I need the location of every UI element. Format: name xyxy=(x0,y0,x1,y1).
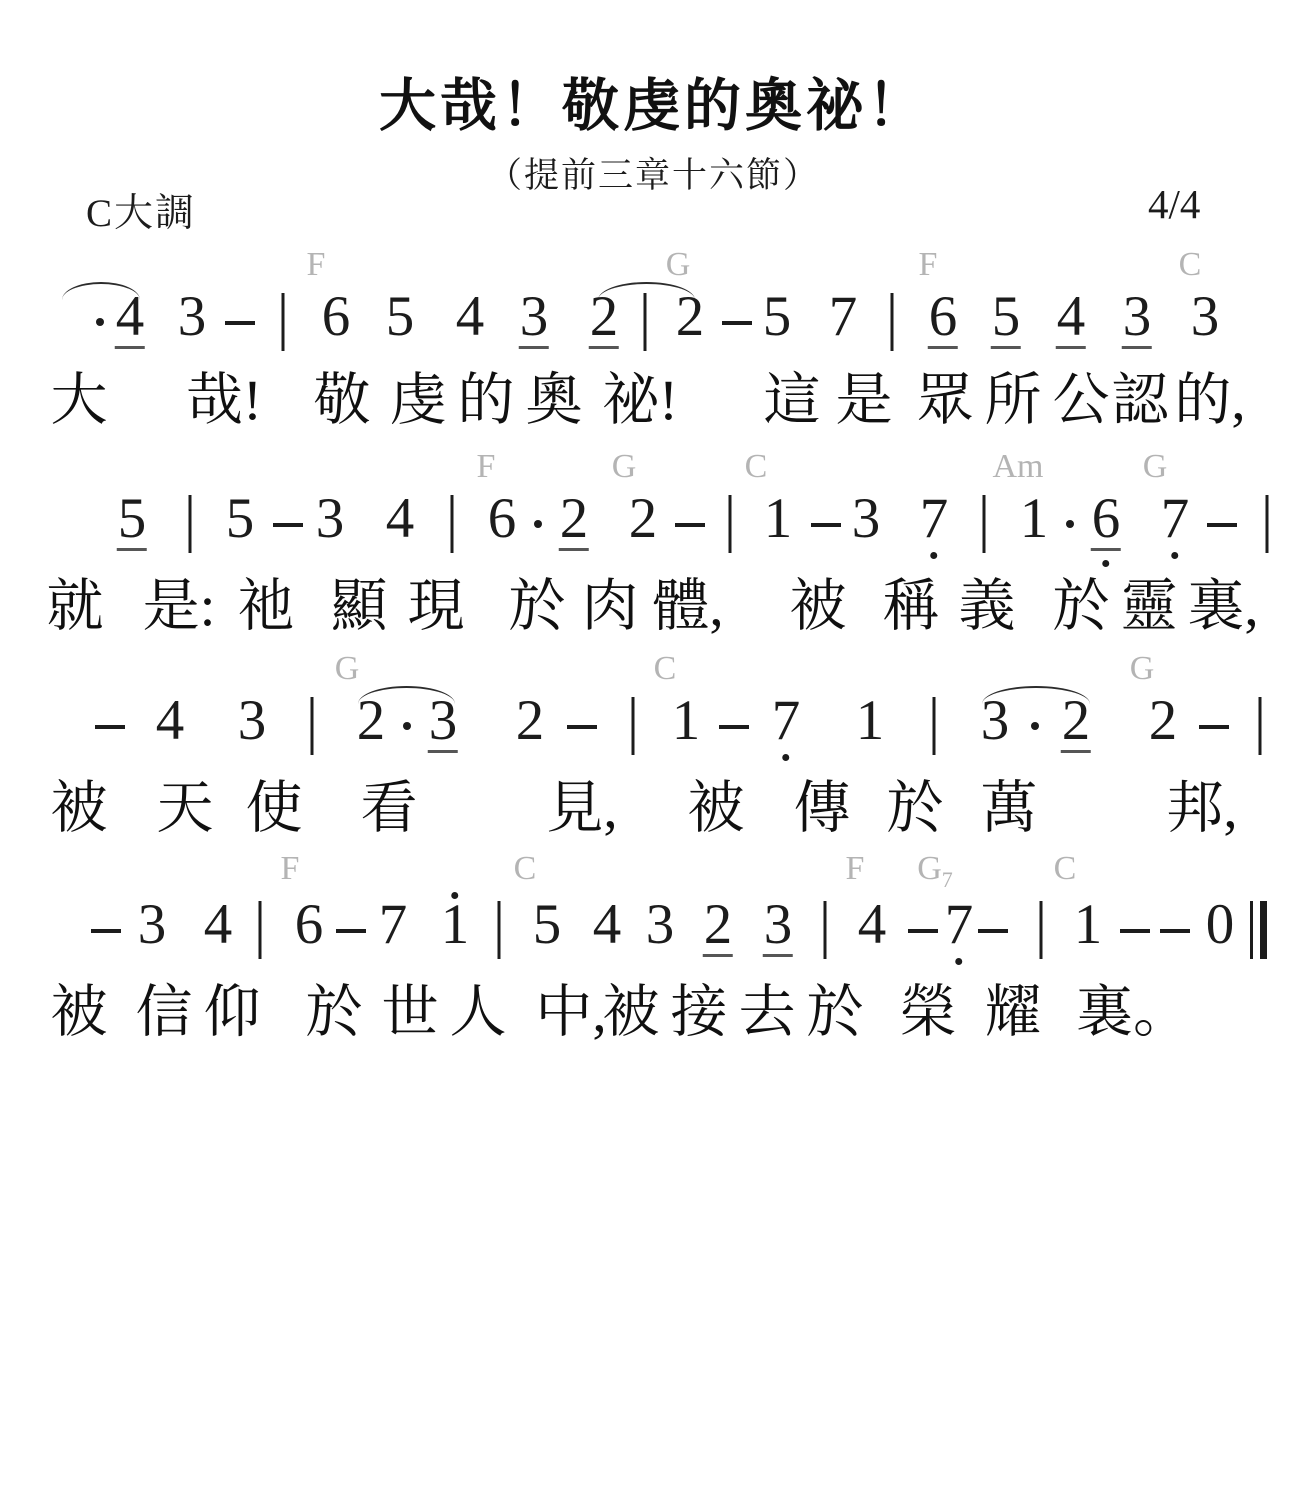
lyric-char: 人 xyxy=(450,984,507,1041)
duration-dot xyxy=(534,520,542,528)
lyric-char: 所 xyxy=(985,372,1042,429)
beam-underline xyxy=(1122,346,1152,349)
lyric-char: 信 xyxy=(136,984,193,1041)
note-digit: 6 xyxy=(488,490,517,547)
lyric-char: 邦, xyxy=(1166,780,1237,837)
duration-dash xyxy=(567,725,597,729)
beam-underline xyxy=(115,346,145,349)
sheet-page: 大哉！敬虔的奧祕！ （提前三章十六節） C大調 4/4 FGFC43654322… xyxy=(0,0,1307,1492)
chord-label: C xyxy=(654,652,677,686)
lyric-char: 榮 xyxy=(900,984,957,1041)
beam-underline xyxy=(991,346,1021,349)
lyric-char: 見, xyxy=(546,780,617,837)
note-digit: 1 xyxy=(1020,490,1049,547)
note-digit: 3 xyxy=(178,288,207,345)
barline xyxy=(824,901,827,959)
beam-underline xyxy=(1056,346,1086,349)
note-digit: 3 xyxy=(238,692,267,749)
barline xyxy=(1259,697,1262,755)
note-digit: 4 xyxy=(156,692,185,749)
lyric-char: 於 xyxy=(887,780,944,837)
lyric-char: 傳 xyxy=(794,780,851,837)
lyric-char: 耀 xyxy=(985,984,1042,1041)
note-digit: 6 xyxy=(1092,490,1121,547)
lyric-char: 看 xyxy=(361,780,418,837)
note-digit: 5 xyxy=(226,490,255,547)
lyric-char: 義 xyxy=(959,578,1016,635)
duration-dash xyxy=(1199,725,1229,729)
beam-underline xyxy=(519,346,549,349)
lyric-char: 公 xyxy=(1053,372,1110,429)
beam-underline xyxy=(763,954,793,957)
duration-dash xyxy=(336,929,366,933)
lyric-char: 認 xyxy=(1112,372,1169,429)
lyric-char: 肉 xyxy=(582,578,639,635)
note-digit: 2 xyxy=(629,490,658,547)
note-digit: 7 xyxy=(829,288,858,345)
note-digit: 3 xyxy=(646,896,675,953)
duration-dash xyxy=(225,321,255,325)
note-digit: 5 xyxy=(992,288,1021,345)
lyric-char: 於 xyxy=(306,984,363,1041)
lyric-char: 萬 xyxy=(981,780,1038,837)
octave-dot-low xyxy=(956,958,963,965)
beam-underline xyxy=(559,548,589,551)
barline xyxy=(933,697,936,755)
note-digit: 6 xyxy=(322,288,351,345)
lyric-char: 於 xyxy=(1053,578,1110,635)
lyric-char: 稱 xyxy=(883,578,940,635)
chord-extension: 7 xyxy=(942,867,953,892)
chord-label: G7 xyxy=(917,852,953,891)
chord-label: C xyxy=(514,852,537,886)
lyric-char: 是 xyxy=(836,372,893,429)
duration-dash xyxy=(91,929,121,933)
barline xyxy=(1040,901,1043,959)
lyric-char: 現 xyxy=(408,578,465,635)
lyric-char: 哉! xyxy=(186,372,262,429)
note-digit: 7 xyxy=(920,490,949,547)
chord-label: G xyxy=(1130,652,1155,686)
lyric-char: 顯 xyxy=(331,578,388,635)
lyric-char: 被 xyxy=(790,578,847,635)
note-digit: 5 xyxy=(533,896,562,953)
lyric-char: 於 xyxy=(807,984,864,1041)
barline xyxy=(632,697,635,755)
duration-dash xyxy=(1160,929,1190,933)
note-digit: 4 xyxy=(858,896,887,953)
lyric-char: 天 xyxy=(157,780,214,837)
lyric-char: 世 xyxy=(382,984,439,1041)
octave-dot-low xyxy=(931,552,938,559)
duration-dash xyxy=(273,523,303,527)
note-digit: 3 xyxy=(316,490,345,547)
lyric-char: 奧 xyxy=(526,372,583,429)
note-digit: 2 xyxy=(560,490,589,547)
duration-dash xyxy=(1120,929,1150,933)
song-title: 大哉！敬虔的奧祕！ xyxy=(0,60,1307,142)
note-digit: 7 xyxy=(772,692,801,749)
beam-underline xyxy=(428,750,458,753)
barline xyxy=(311,697,314,755)
lyric-char: 的 xyxy=(458,372,515,429)
note-digit: 3 xyxy=(138,896,167,953)
duration-dash xyxy=(908,929,938,933)
lyric-char: 的, xyxy=(1174,372,1245,429)
note-digit: 4 xyxy=(204,896,233,953)
lyric-char: 眾 xyxy=(917,372,974,429)
chord-label: F xyxy=(307,248,326,282)
lyric-char: 使 xyxy=(246,780,303,837)
chord-label: F xyxy=(846,852,865,886)
chord-label: G xyxy=(1143,450,1168,484)
note-digit: 3 xyxy=(1123,288,1152,345)
octave-dot-low xyxy=(1172,552,1179,559)
final-barline-thick xyxy=(1260,901,1267,959)
barline xyxy=(451,495,454,553)
lyric-char: 靈 xyxy=(1121,578,1178,635)
lyric-char: 祕! xyxy=(602,372,678,429)
note-digit: 4 xyxy=(456,288,485,345)
duration-dash xyxy=(1207,523,1237,527)
duration-dot xyxy=(403,722,411,730)
lyric-char: 被 xyxy=(51,780,108,837)
note-digit: 0 xyxy=(1206,896,1235,953)
note-digit: 4 xyxy=(593,896,622,953)
barline xyxy=(189,495,192,553)
note-digit: 7 xyxy=(945,896,974,953)
chord-label: G xyxy=(612,450,637,484)
lyric-char: 於 xyxy=(509,578,566,635)
duration-dash xyxy=(722,321,752,325)
barline xyxy=(891,293,894,351)
beam-underline xyxy=(928,346,958,349)
lyric-char: 被 xyxy=(51,984,108,1041)
beam-underline xyxy=(1061,750,1091,753)
duration-dot xyxy=(1031,722,1039,730)
lyric-char: 敬 xyxy=(314,372,371,429)
barline xyxy=(729,495,732,553)
lyric-char: 是: xyxy=(143,578,216,635)
barline xyxy=(282,293,285,351)
final-barline xyxy=(1250,901,1267,959)
lyric-char: 仰 xyxy=(204,984,261,1041)
chord-label: C xyxy=(1054,852,1077,886)
note-digit: 7 xyxy=(379,896,408,953)
chord-label: F xyxy=(477,450,496,484)
lyric-char: 祂 xyxy=(238,578,295,635)
note-digit: 6 xyxy=(295,896,324,953)
lyric-char: 接 xyxy=(671,984,728,1041)
lyric-char: 裏, xyxy=(1187,578,1258,635)
note-digit: 7 xyxy=(1161,490,1190,547)
duration-dash xyxy=(978,929,1008,933)
barline xyxy=(983,495,986,553)
beam-underline xyxy=(589,346,619,349)
barline xyxy=(498,901,501,959)
lyric-char: 去 xyxy=(739,984,796,1041)
barline xyxy=(1266,495,1269,553)
duration-dash xyxy=(811,523,841,527)
duration-dash xyxy=(719,725,749,729)
lyric-char: 中, xyxy=(535,984,606,1041)
final-barline-thin xyxy=(1250,901,1253,959)
barline xyxy=(259,901,262,959)
note-digit: 5 xyxy=(763,288,792,345)
lyric-char: 裏。 xyxy=(1076,984,1190,1041)
note-digit: 3 xyxy=(520,288,549,345)
note-digit: 1 xyxy=(764,490,793,547)
note-digit: 2 xyxy=(704,896,733,953)
lyric-char: 這 xyxy=(764,372,821,429)
beam-underline xyxy=(703,954,733,957)
octave-dot-low xyxy=(783,754,790,761)
scripture-reference: （提前三章十六節） xyxy=(0,148,1307,198)
lyric-char: 體, xyxy=(652,578,723,635)
chord-label: F xyxy=(281,852,300,886)
octave-dot-low xyxy=(1103,560,1110,567)
duration-dot xyxy=(96,318,104,326)
note-digit: 3 xyxy=(1191,288,1220,345)
time-signature: 4/4 xyxy=(1148,180,1200,228)
note-digit: 1 xyxy=(856,692,885,749)
lyric-char: 被 xyxy=(688,780,745,837)
note-digit: 3 xyxy=(852,490,881,547)
barline xyxy=(644,293,647,351)
note-digit: 6 xyxy=(929,288,958,345)
note-digit: 2 xyxy=(1149,692,1178,749)
octave-dot-high xyxy=(452,892,459,899)
lyric-char: 大 xyxy=(51,372,108,429)
lyric-char: 就 xyxy=(47,578,104,635)
note-digit: 4 xyxy=(386,490,415,547)
beam-underline xyxy=(117,548,147,551)
lyric-char: 虔 xyxy=(390,372,447,429)
note-digit: 1 xyxy=(672,692,701,749)
chord-label: C xyxy=(745,450,768,484)
key-signature: C大調 xyxy=(86,182,196,238)
note-digit: 2 xyxy=(516,692,545,749)
chord-label: G xyxy=(335,652,360,686)
note-digit: 3 xyxy=(764,896,793,953)
note-digit: 5 xyxy=(118,490,147,547)
note-digit: 1 xyxy=(1074,896,1103,953)
chord-label: F xyxy=(919,248,938,282)
note-digit: 4 xyxy=(1057,288,1086,345)
duration-dot xyxy=(1066,520,1074,528)
duration-dash xyxy=(675,523,705,527)
chord-label: Am xyxy=(993,450,1044,484)
chord-label: C xyxy=(1179,248,1202,282)
chord-label: G xyxy=(666,248,691,282)
lyric-char: 被 xyxy=(603,984,660,1041)
note-digit: 1 xyxy=(441,896,470,953)
note-digit: 5 xyxy=(386,288,415,345)
duration-dash xyxy=(95,725,125,729)
beam-underline xyxy=(1091,548,1121,551)
